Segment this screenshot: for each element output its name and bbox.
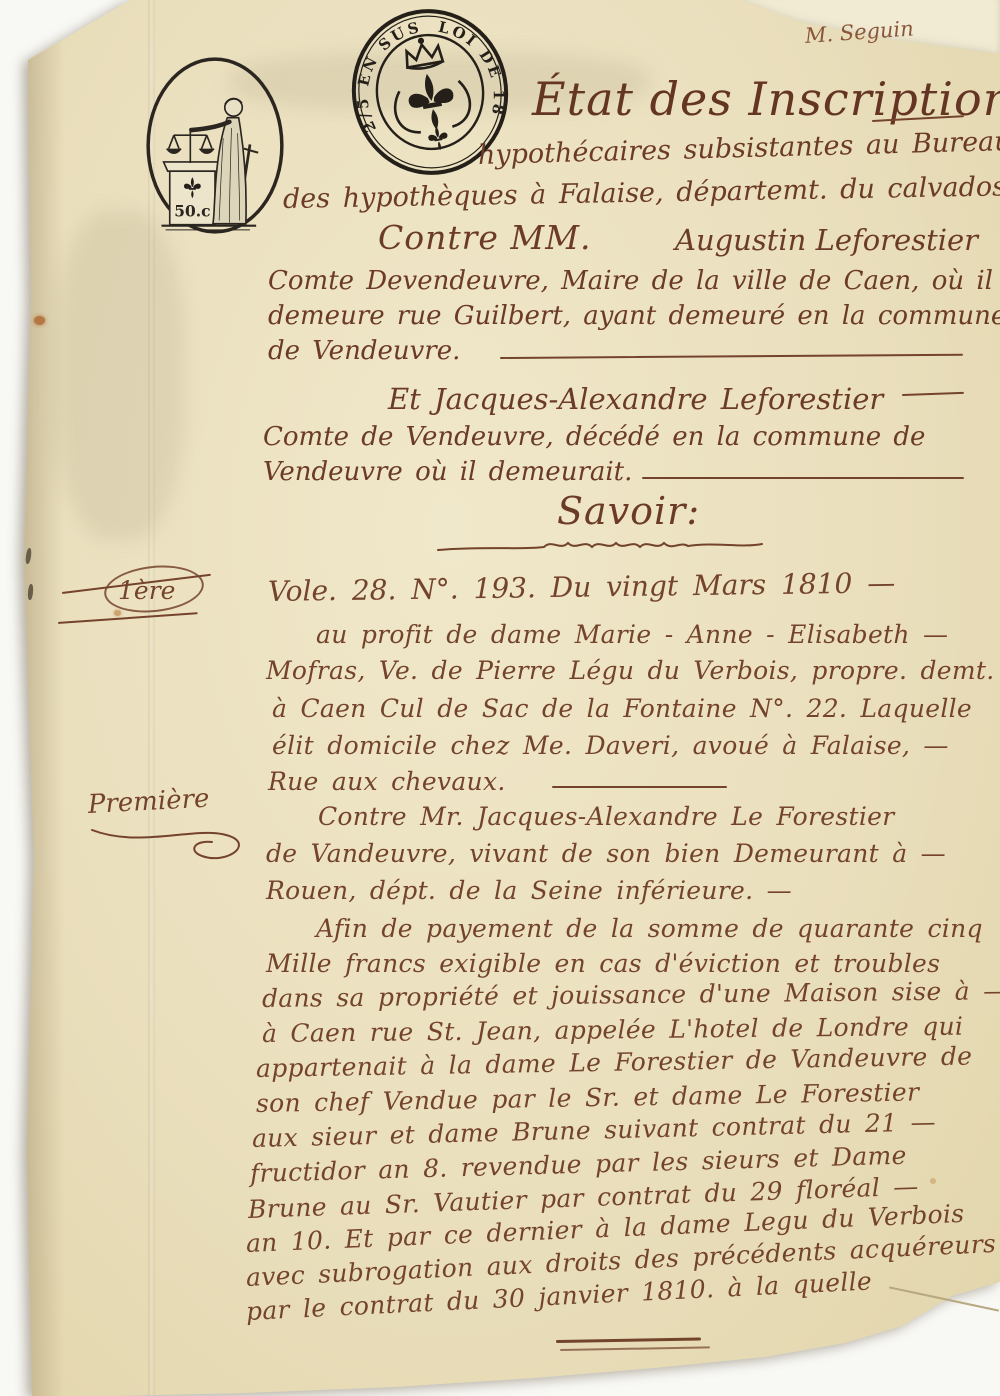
scales-icon bbox=[167, 128, 214, 163]
body-line: à Caen rue St. Jean, appelée L'hotel de … bbox=[262, 1014, 963, 1046]
margin-entry-label: Première bbox=[87, 786, 210, 818]
revenue-stamp: 50.c bbox=[142, 56, 288, 236]
body-line: Vole. 28. N°. 193. Du vingt Mars 1810 — bbox=[268, 569, 896, 606]
title: État des Inscriptions bbox=[532, 76, 1000, 122]
stamp-value: 50.c bbox=[174, 202, 210, 220]
contre-label: Contre MM. bbox=[378, 221, 592, 254]
rule bbox=[642, 477, 964, 479]
fleur-de-lis-icon bbox=[390, 67, 477, 156]
savoir-flourish bbox=[436, 536, 766, 556]
body-line: Mofras, Ve. de Pierre Légu du Verbois, p… bbox=[266, 658, 1000, 683]
body-line: de Vandeuvre, vivant de son bien Demeura… bbox=[266, 841, 946, 866]
margin-flourish-curl bbox=[84, 820, 254, 872]
crown-icon bbox=[403, 35, 444, 71]
paper-left-shading bbox=[20, 0, 72, 1396]
heading-line: demeure rue Guilbert, ayant demeuré en l… bbox=[268, 303, 1000, 329]
body-line: Afin de payement de la somme de quarante… bbox=[316, 916, 983, 941]
foxing-spot bbox=[34, 316, 45, 325]
margin-entry-number: 1ère bbox=[118, 578, 175, 603]
body-line: élit domicile chez Me. Daveri, avoué à F… bbox=[272, 733, 949, 758]
body-line: au profit de dame Marie - Anne - Elisabe… bbox=[316, 622, 948, 647]
body-line: à Caen Cul de Sac de la Fontaine N°. 22.… bbox=[272, 696, 972, 721]
savoir-label: Savoir: bbox=[557, 492, 700, 530]
scanned-document-page: M. Seguin 50.c bbox=[0, 0, 1000, 1396]
body-line: Rue aux chevaux. bbox=[268, 769, 506, 794]
heading-line: Vendeuvre où il demeurait. bbox=[263, 459, 632, 485]
body-line: Rouen, dépt. de la Seine inférieure. — bbox=[266, 878, 792, 903]
foxing-spot bbox=[114, 610, 121, 616]
body-line: Contre Mr. Jacques-Alexandre Le Forestie… bbox=[318, 804, 895, 829]
body-line: dans sa propriété et jouissance d'une Ma… bbox=[262, 978, 1000, 1011]
foxing-spot bbox=[930, 1178, 936, 1184]
heading-line: Comte de Vendeuvre, décédé en la commune… bbox=[263, 424, 925, 450]
contre-name: Augustin Leforestier bbox=[675, 226, 978, 255]
rule bbox=[552, 786, 727, 788]
heading-line: de Vendeuvre. bbox=[268, 338, 460, 364]
heading-line: Et Jacques-Alexandre Leforestier bbox=[388, 385, 883, 414]
heading-line: Comte Devendeuvre, Maire de la ville de … bbox=[268, 268, 993, 294]
body-line: Mille francs exigible en cas d'éviction … bbox=[266, 951, 940, 976]
ink-showthrough bbox=[55, 210, 185, 540]
